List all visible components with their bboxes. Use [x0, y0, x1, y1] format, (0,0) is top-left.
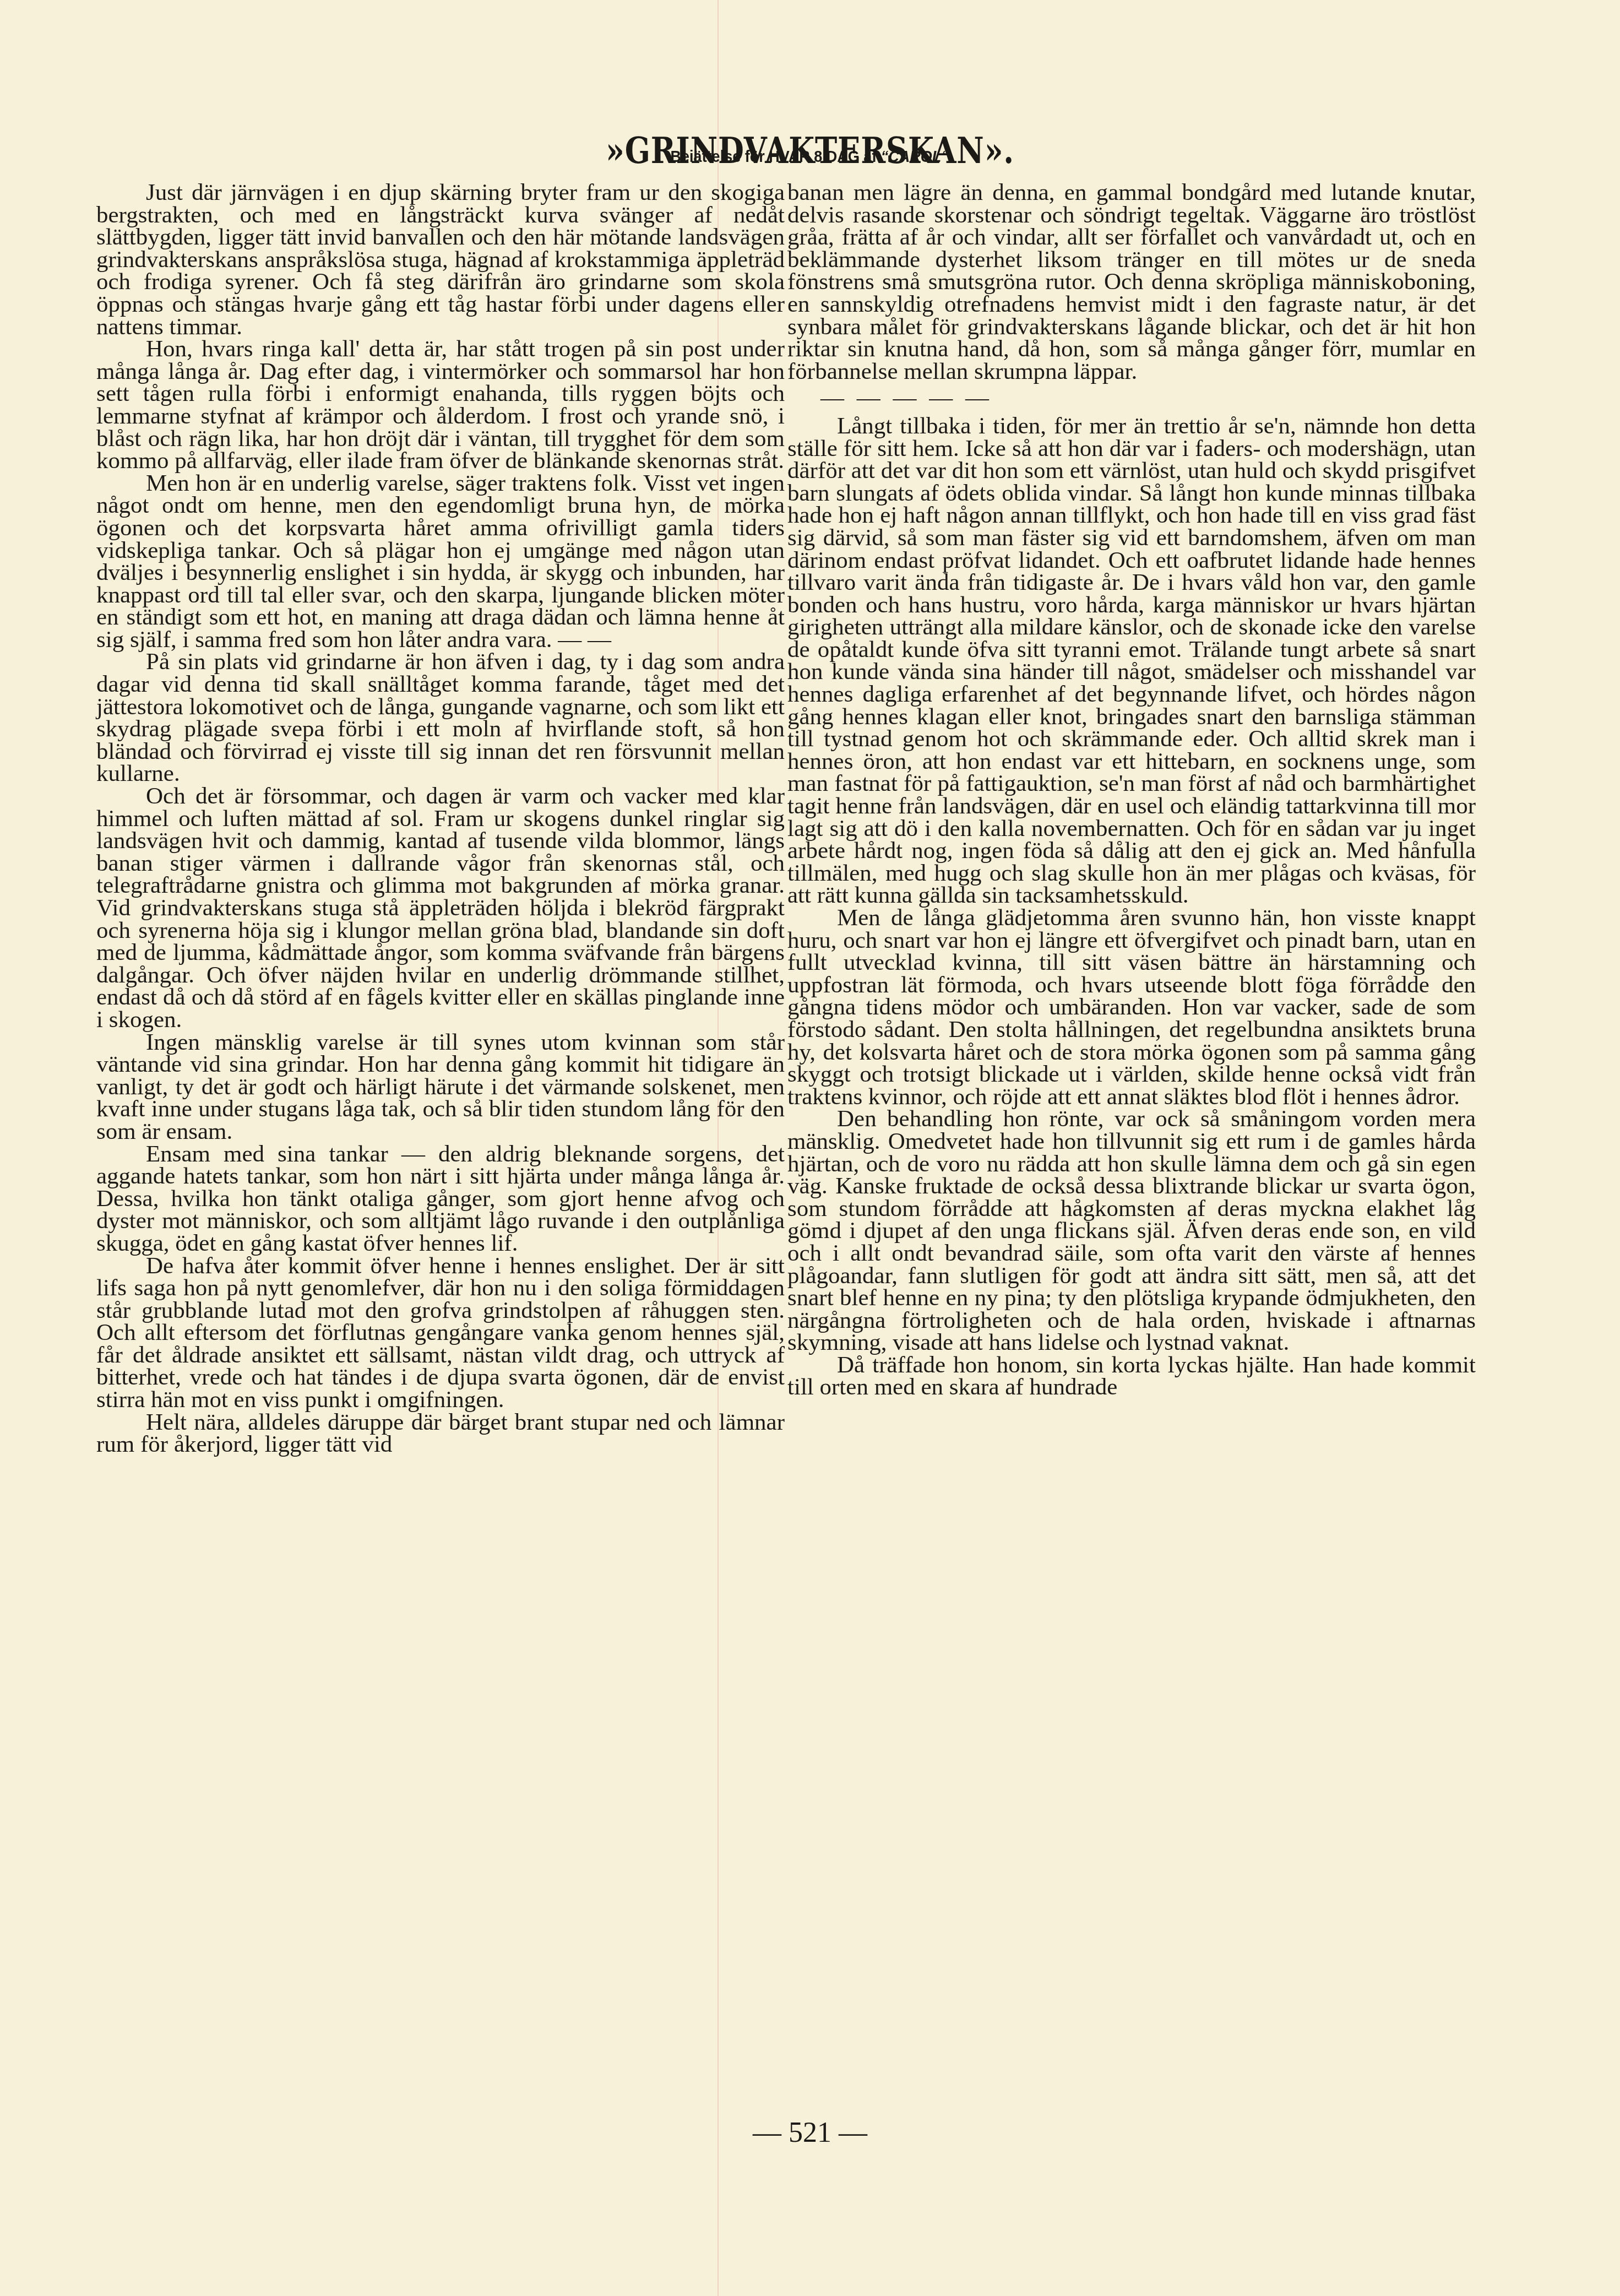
author-name: “CAROL“.	[881, 148, 953, 166]
paragraph: Helt nära, alldeles däruppe där bärget b…	[96, 1412, 785, 1456]
section-separator: — — — — —	[820, 387, 1476, 410]
paragraph: Hon, hvars ringa kall' detta är, har stå…	[96, 338, 785, 473]
right-column: banan men lägre än denna, en gammal bond…	[787, 182, 1476, 1399]
paragraph: På sin plats vid grindarne är hon äfven …	[96, 651, 785, 785]
article-subtitle: Beiättelse för HVAR 8 DAG af “CAROL“.	[83, 148, 1541, 166]
paragraph: De hafva åter kommit öfver henne i henne…	[96, 1255, 785, 1412]
paragraph: Då träffade hon honom, sin korta lyckas …	[787, 1354, 1476, 1399]
paragraph: Långt tillbaka i tiden, för mer än trett…	[787, 415, 1476, 907]
paragraph: Men hon är en underlig varelse, säger tr…	[96, 473, 785, 652]
left-column: Just där järnvägen i en djup skärning br…	[96, 182, 785, 1456]
paragraph-continued: banan men lägre än denna, en gammal bond…	[787, 182, 1476, 383]
page-number: — 521 —	[0, 2116, 1620, 2149]
paragraph: Ensam med sina tankar — den aldrig blekn…	[96, 1143, 785, 1255]
subtitle-prefix: Beiättelse för HVAR 8 DAG af	[671, 148, 881, 166]
paragraph: Men de långa glädjetomma åren svunno hän…	[787, 907, 1476, 1108]
paragraph: Och det är försommar, och dagen är varm …	[96, 785, 785, 1032]
paragraph: Ingen mänsklig varelse är till synes uto…	[96, 1032, 785, 1143]
paragraph: Den behandling hon rönte, var ock så små…	[787, 1108, 1476, 1354]
paragraph: Just där järnvägen i en djup skärning br…	[96, 182, 785, 338]
